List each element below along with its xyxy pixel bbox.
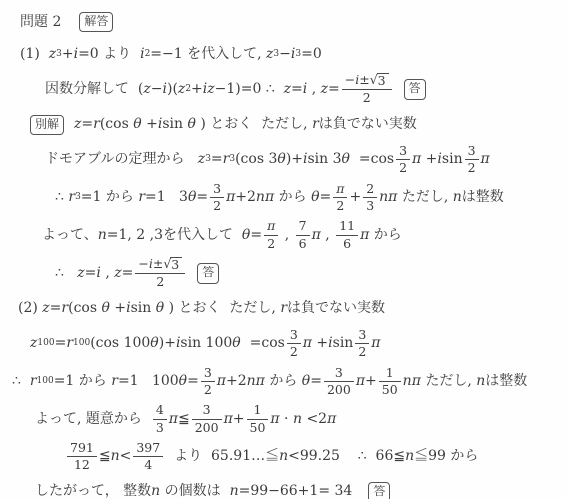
math-text: 1 [253,402,261,417]
math-text: =99−66+1= 34 [239,483,353,499]
math-text: の個数は [160,483,229,499]
math-text: , [280,227,293,244]
math-variable: θ [156,300,164,317]
math-variable: n [230,483,239,499]
fraction-denominator: 2 [355,344,369,359]
math-text: =0 より [78,46,140,63]
math-variable: z [266,46,273,63]
math-text: + [142,116,158,133]
math-variable: π [481,151,490,168]
math-text: ≦99 から [414,448,478,465]
math-variable: r [93,116,100,133]
math-text: =−1 を代入して, [150,46,266,63]
fraction-denominator: 3 [363,198,377,213]
math-text: したがって， 整数 [35,483,151,499]
fraction: −i±√32 [135,257,185,290]
math-text: 6 [299,236,307,251]
math-variable: n [293,411,302,428]
fraction: 32 [287,328,301,360]
math-variable: π [256,373,265,390]
alt-solution-badge: 別解 [30,115,64,135]
math-text: + [312,335,328,352]
math-variable: z [178,81,185,98]
math-text: =cos [350,151,394,168]
fraction: 32 [201,366,215,398]
math-text: ) とおく ただし, [196,116,312,133]
math-text: , [101,265,114,282]
math-text: 7 [299,218,307,233]
math-text: =1 から [81,189,139,206]
fraction-denominator: 2 [210,198,224,213]
fraction: 32 [396,144,410,176]
answer-badge: 答 [404,79,426,99]
math-variable: π [226,189,235,206]
math-line: (2) z=r(cos θ +isin θ ) とおく ただし, rは負でない実… [0,295,567,323]
math-text: = [291,81,303,98]
math-variable: θ [188,189,196,206]
fraction-denominator: 2 [135,274,185,289]
math-line: ∴ r100=1 から r=1 100θ=32π+2nπ から θ=3200π+… [0,365,567,399]
math-text: 4 [144,457,152,472]
answer-badge: 答 [368,482,390,499]
math-line: ∴ r3=1 から r=1 3θ=32π+2nπ から θ=π2+23nπ ただ… [0,181,567,215]
math-text: 6 [343,236,351,251]
fraction-numerator: 791 [67,441,97,457]
math-text: = [81,116,93,133]
math-line: z100=r100(cos 100θ)+isin 100θ =cos32π +i… [0,327,567,361]
math-text: sin 3 [308,151,342,168]
math-text: は負でない実数 [287,300,385,317]
fraction-denominator: 6 [336,236,358,251]
math-variable: n [98,227,107,244]
math-text: 3 [399,143,407,158]
fraction-denominator: 2 [342,90,392,105]
math-variable: θ [187,116,195,133]
math-line: (1) z3+i=0 より i2=−1 を代入して, z3−i3=0 [0,40,567,68]
math-text: ∴ [12,373,30,390]
math-text: , [307,81,320,98]
fraction-numerator: 3 [355,328,369,344]
math-variable: z [77,265,84,282]
math-text: =1 から [54,373,112,390]
fraction-numerator: 3 [324,366,354,382]
radicand: 3 [170,257,182,272]
math-text: ただし, [421,373,476,390]
math-variable: θ [232,335,240,352]
fraction-denominator: 2 [396,160,410,175]
fraction: 3200 [192,403,222,435]
math-variable: θ [101,300,109,317]
math-variable: r [111,373,118,390]
math-variable: π [224,411,233,428]
math-text: =0 [301,46,322,63]
math-variable: π [217,373,226,390]
math-variable: z [198,151,205,168]
math-text: 200 [327,382,351,397]
math-text: ∴ [55,265,77,282]
math-variable: z [284,81,291,98]
math-variable: π [267,218,275,233]
math-variable: z [49,46,56,63]
math-variable: r [61,300,68,317]
fraction: 23 [363,182,377,214]
fraction: 79112 [67,441,97,473]
math-text: 50 [382,382,398,397]
math-text: + [365,373,377,390]
fraction: 32 [210,182,224,214]
math-variable: r [138,189,145,206]
math-text: 2 [358,344,366,359]
fraction: 43 [153,403,167,435]
math-text: − [345,72,355,87]
math-text: )( [167,81,178,98]
math-text: から [265,373,302,390]
math-text: ) とおく ただし, [164,300,280,317]
math-text: + [233,411,245,428]
math-text: = [196,189,208,206]
math-text: 50 [250,420,266,435]
fraction-numerator: 1 [247,403,269,419]
math-variable: π [356,373,365,390]
math-text: 2 [468,160,476,175]
math-variable: z [74,116,81,133]
fraction: 3200 [324,366,354,398]
math-variable: π [371,335,380,352]
math-text: = [85,265,97,282]
square-root: √3 [370,73,389,88]
math-variable: θ [277,151,285,168]
math-variable: z [143,81,150,98]
math-text: = [310,373,322,390]
math-text: − [279,46,291,63]
math-text: < [120,448,132,465]
math-variable: r [223,151,230,168]
math-text: は整数 [462,189,504,206]
math-text: − [151,81,163,98]
fraction-numerator: 1 [379,366,401,382]
math-text: 因数分解して ( [45,81,143,98]
math-text: sin [131,300,156,317]
math-variable: z [114,265,121,282]
math-text: よって、 [42,227,98,244]
math-text: = [328,81,340,98]
math-variable: r [280,300,287,317]
math-text: から [369,227,401,244]
fraction-numerator: 11 [336,219,358,235]
fraction-numerator: π [264,219,278,235]
math-text: 3 [358,327,366,342]
math-variable: z [321,81,328,98]
fraction-denominator: 12 [67,457,97,472]
math-text: 3 [213,181,221,196]
math-text: ≦ [99,448,111,465]
math-text: )+ [159,335,176,352]
math-text: 4 [156,402,164,417]
math-text: 397 [136,440,160,455]
math-text: =1 3 [145,189,188,206]
math-text: (cos 100 [90,335,150,352]
math-line: 別解z=r(cos θ +isin θ ) とおく ただし, rは負でない実数 [0,111,567,139]
math-text: 2 [156,274,164,289]
fraction: 150 [247,403,269,435]
math-text: 2 [267,236,275,251]
math-variable: r [312,116,319,133]
math-variable: r [66,335,73,352]
math-text: =1, 2 ,3を代入して [107,227,242,244]
math-exponent: 100 [37,377,54,386]
fraction-denominator: 6 [296,236,310,251]
math-variable: π [327,411,336,428]
math-text: +2 [235,189,256,206]
math-variable: n [256,189,265,206]
math-text: より 65.91…≦ [165,448,279,465]
math-text: 11 [339,218,355,233]
math-text: = [50,300,62,317]
math-text: ドモアブルの定理から [45,151,198,168]
math-text: 2 [204,382,212,397]
fraction-numerator: π [333,182,347,198]
fraction-denominator: 2 [201,382,215,397]
math-exponent: 100 [73,339,90,348]
math-text: (cos 3 [235,151,277,168]
fraction-numerator: 2 [363,182,377,198]
fraction: π2 [264,219,278,251]
math-variable: θ [311,189,319,206]
solution-document: 問題 2 解答 (1) z3+i=0 より i2=−1 を代入して, z3−i3… [0,0,567,499]
math-text: = [250,227,262,244]
math-variable: θ [150,335,158,352]
math-variable: n [403,373,412,390]
math-variable: π [265,189,274,206]
fraction-denominator: 200 [192,420,222,435]
math-text: +2 [226,373,247,390]
fraction-denominator: 50 [247,420,269,435]
math-text: , [321,227,334,244]
math-variable: θ [302,373,310,390]
math-variable: θ [179,373,187,390]
math-text: + [421,151,437,168]
math-text: −1)=0 ∴ [215,81,284,98]
math-text: + [62,46,74,63]
math-line: 79112≦n<3974 より 65.91…≦n<99.25 ∴ 66≦n≦99… [0,440,567,474]
fraction-denominator: 3 [153,420,167,435]
fraction-denominator: 2 [465,160,479,175]
math-text: =cos [241,335,285,352]
math-variable: z [42,300,49,317]
math-variable: n [379,189,388,206]
math-text: は負でない実数 [319,116,417,133]
math-text: 1 [386,365,394,380]
math-line: したがって， 整数n の個数は n=99−66+1= 34答 [0,478,567,499]
math-text: =1 100 [118,373,179,390]
math-text: + [349,189,361,206]
math-variable: π [169,411,178,428]
radicand: 3 [377,73,389,88]
math-text: よって, 題意から [35,411,151,428]
problem-title: 問題 2 [20,14,61,31]
math-text: は整数 [485,373,527,390]
math-variable: π [360,227,369,244]
math-variable: z [30,335,37,352]
math-text: = [55,335,67,352]
math-text: (1) [20,46,49,63]
fraction-numerator: 3 [201,366,215,382]
math-text: 2 [363,90,371,105]
math-text: )+ [286,151,303,168]
math-variable: π [270,411,279,428]
fraction-numerator: 3 [192,403,222,419]
math-text: 3 [366,198,374,213]
math-text: 3 [290,327,298,342]
math-text: ± [153,256,163,271]
math-variable: θ [242,227,250,244]
math-text: (2) [18,300,42,317]
square-root: √3 [163,257,182,272]
math-variable: π [388,189,397,206]
math-text: (cos [100,116,133,133]
fraction: 32 [355,328,369,360]
fraction-numerator: 7 [296,219,310,235]
math-line: ドモアブルの定理から z3=r3(cos 3θ)+isin 3θ =cos32π… [0,143,567,177]
math-text: 3 [335,365,343,380]
math-text: − [138,256,148,271]
solution-badge: 解答 [79,12,113,32]
math-text: = [187,373,199,390]
math-text: 3 [204,365,212,380]
fraction-numerator: 3 [210,182,224,198]
math-text: ただし, [397,189,452,206]
fraction-numerator: 3 [396,144,410,160]
math-text: 2 [213,198,221,213]
math-variable: r [30,373,37,390]
math-text: 12 [74,457,90,472]
math-variable: n [279,448,288,465]
math-text: 200 [195,420,219,435]
math-text: 2 [336,198,344,213]
math-variable: θ [133,116,141,133]
math-text: sin 100 [180,335,232,352]
fraction-denominator: 4 [133,457,163,472]
fraction: 3974 [133,441,163,473]
math-variable: π [336,181,344,196]
math-text: (cos [68,300,101,317]
math-text: · [280,411,293,428]
fraction-numerator: 3 [465,144,479,160]
fraction-numerator: −i±√3 [135,257,185,274]
math-variable: θ [342,151,350,168]
math-variable: n [405,448,414,465]
math-text: sin [162,116,187,133]
math-text: <99.25 ∴ 66≦ [288,448,405,465]
math-variable: π [412,373,421,390]
math-variable: iz [203,81,215,98]
math-text: ≦ [178,411,190,428]
fraction-numerator: 4 [153,403,167,419]
math-variable: r [68,189,75,206]
fraction: 150 [379,366,401,398]
fraction-denominator: 2 [264,236,278,251]
math-exponent: 100 [37,339,54,348]
math-text: 2 [290,344,298,359]
math-text: + [191,81,203,98]
problem-header: 問題 2 解答 [0,8,567,36]
fraction-denominator: 2 [287,344,301,359]
fraction-numerator: −i±√3 [342,73,392,90]
math-text: 2 [366,181,374,196]
answer-badge: 答 [197,263,219,283]
fraction: π2 [333,182,347,214]
math-text: = [122,265,134,282]
math-variable: n [247,373,256,390]
fraction: −i±√32 [342,73,392,106]
math-variable: n [476,373,485,390]
fraction: 76 [296,219,310,251]
math-line: よって, 題意から 43π≦3200π+150π · n <2π [0,402,567,436]
math-variable: π [303,335,312,352]
math-variable: n [111,448,120,465]
radical-sign: √ [163,257,170,271]
math-line: 因数分解して (z−i)(z2+iz−1)=0 ∴ z=i , z=−i±√32… [0,72,567,107]
math-variable: n [453,189,462,206]
math-text: <2 [302,411,327,428]
math-text: + [110,300,126,317]
fraction-denominator: 200 [324,382,354,397]
math-text: ∴ [55,189,68,206]
solution-lines: (1) z3+i=0 より i2=−1 を代入して, z3−i3=0因数分解して… [0,40,567,499]
math-text: sin [442,151,463,168]
math-text: sin [333,335,354,352]
math-text: ± [359,72,369,87]
math-text: 2 [399,160,407,175]
math-text: 791 [70,440,94,455]
math-variable: n [151,483,160,499]
math-line: よって、n=1, 2 ,3を代入して θ=π2 , 76π , 116π から [0,218,567,252]
fraction: 116 [336,219,358,251]
fraction: 32 [465,144,479,176]
math-text: 3 [156,420,164,435]
math-text: = [211,151,223,168]
math-variable: π [312,227,321,244]
fraction-denominator: 2 [333,198,347,213]
math-variable: π [412,151,421,168]
math-text: 3 [468,143,476,158]
fraction-numerator: 397 [133,441,163,457]
math-text: = [320,189,332,206]
fraction-numerator: 3 [287,328,301,344]
fraction-denominator: 50 [379,382,401,397]
radical-sign: √ [370,73,377,87]
math-text: 3 [203,402,211,417]
math-text: から [274,189,311,206]
math-line: ∴ z=i , z=−i±√32答 [0,256,567,291]
